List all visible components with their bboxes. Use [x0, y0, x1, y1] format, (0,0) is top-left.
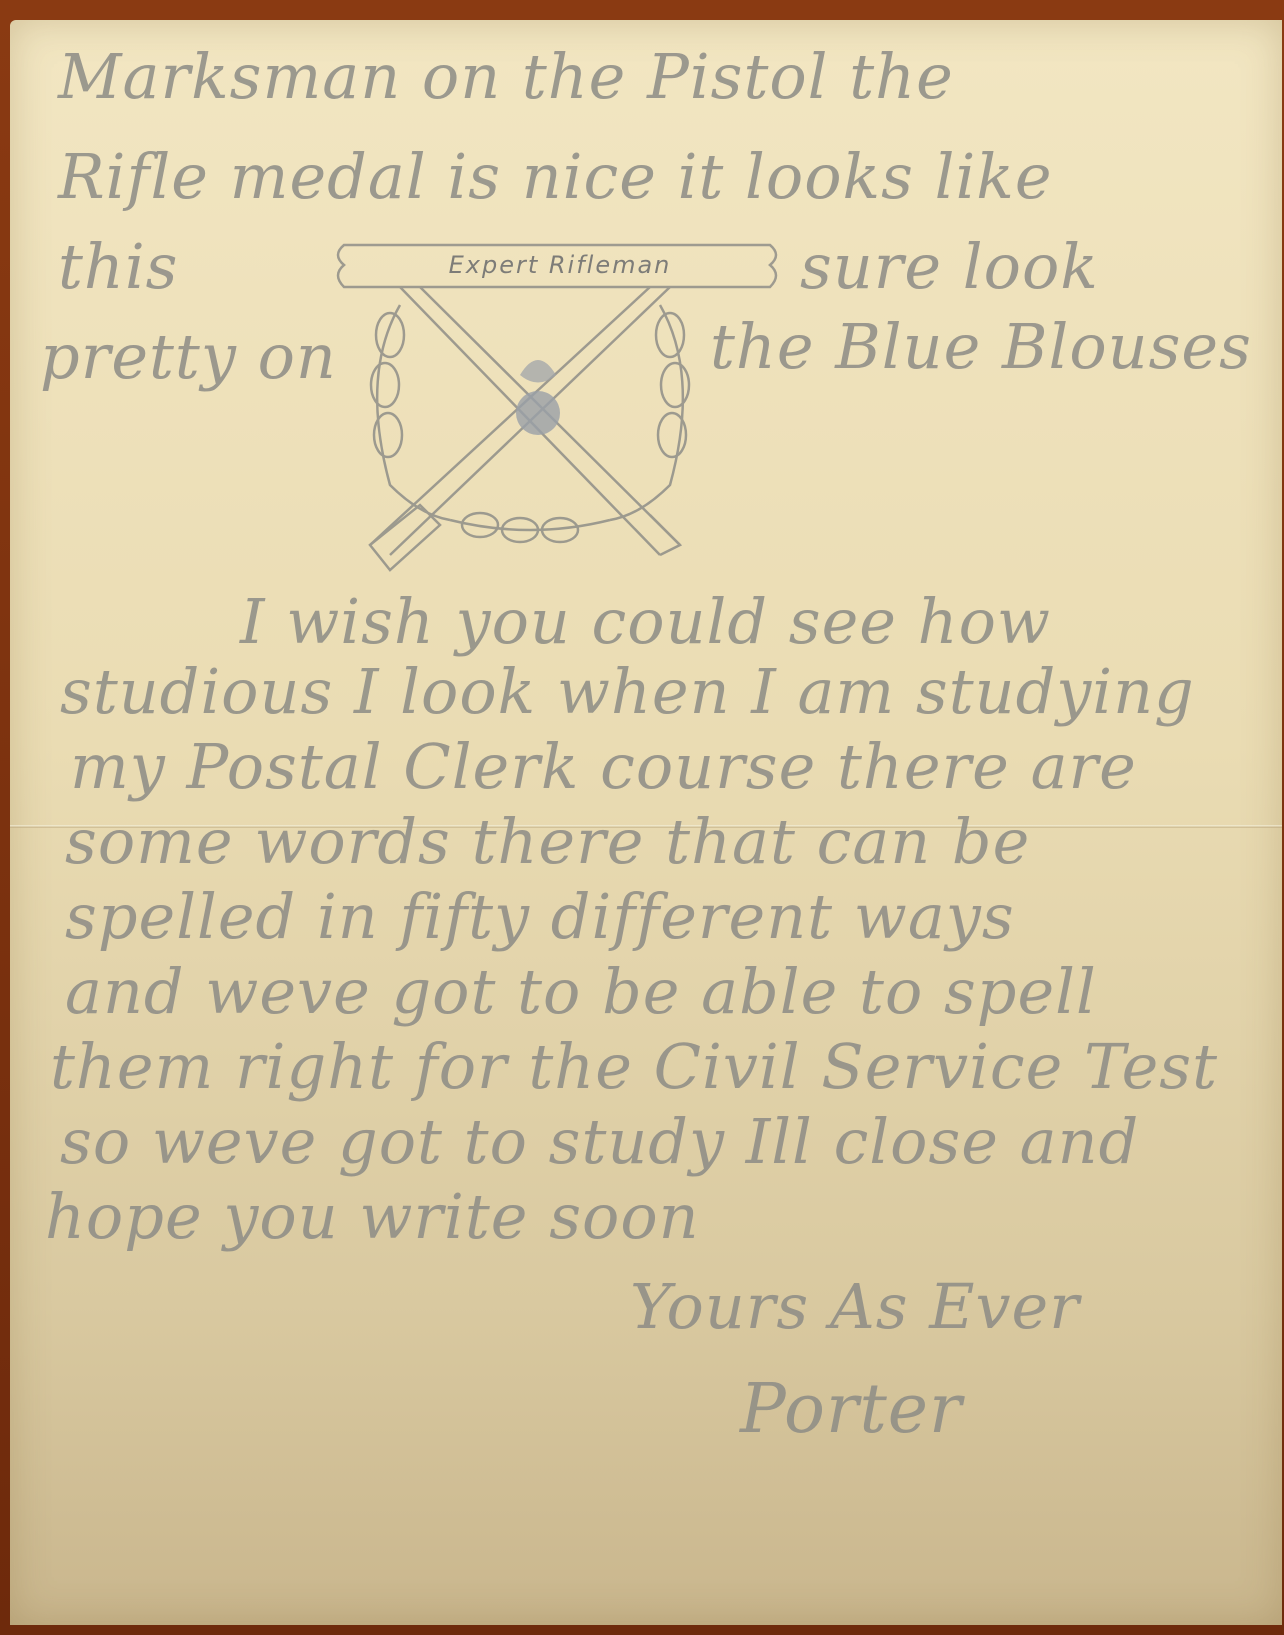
letter-line-12: so weve got to study Ill close and	[60, 1105, 1139, 1178]
letter-line-10: and weve got to be able to spell	[65, 955, 1097, 1028]
medal-banner-text: Expert Rifleman	[350, 245, 770, 285]
letter-line-5: I wish you could see how	[240, 585, 1051, 658]
letter-line-7: my Postal Clerk course there are	[70, 730, 1137, 803]
letter-signature: Porter	[740, 1370, 963, 1449]
letter-line-8: some words there that can be	[65, 805, 1030, 878]
letter-line-4a: pretty on	[40, 320, 337, 393]
letter-line-13: hope you write soon	[45, 1180, 700, 1253]
letter-line-3b: sure look	[800, 230, 1099, 303]
letter-line-11: them right for the Civil Service Test	[50, 1030, 1218, 1103]
letter-line-1: Marksman on the Pistol the	[58, 40, 954, 113]
expert-rifleman-medal-drawing: Expert Rifleman	[330, 225, 800, 590]
letter-page: Marksman on the Pistol the Rifle medal i…	[10, 20, 1282, 1625]
letter-closing: Yours As Ever	[630, 1270, 1080, 1343]
letter-line-3a: this	[58, 230, 179, 303]
letter-line-6: studious I look when I am studying	[60, 655, 1195, 728]
letter-line-9: spelled in fifty different ways	[65, 880, 1015, 953]
letter-line-2: Rifle medal is nice it looks like	[58, 140, 1053, 213]
